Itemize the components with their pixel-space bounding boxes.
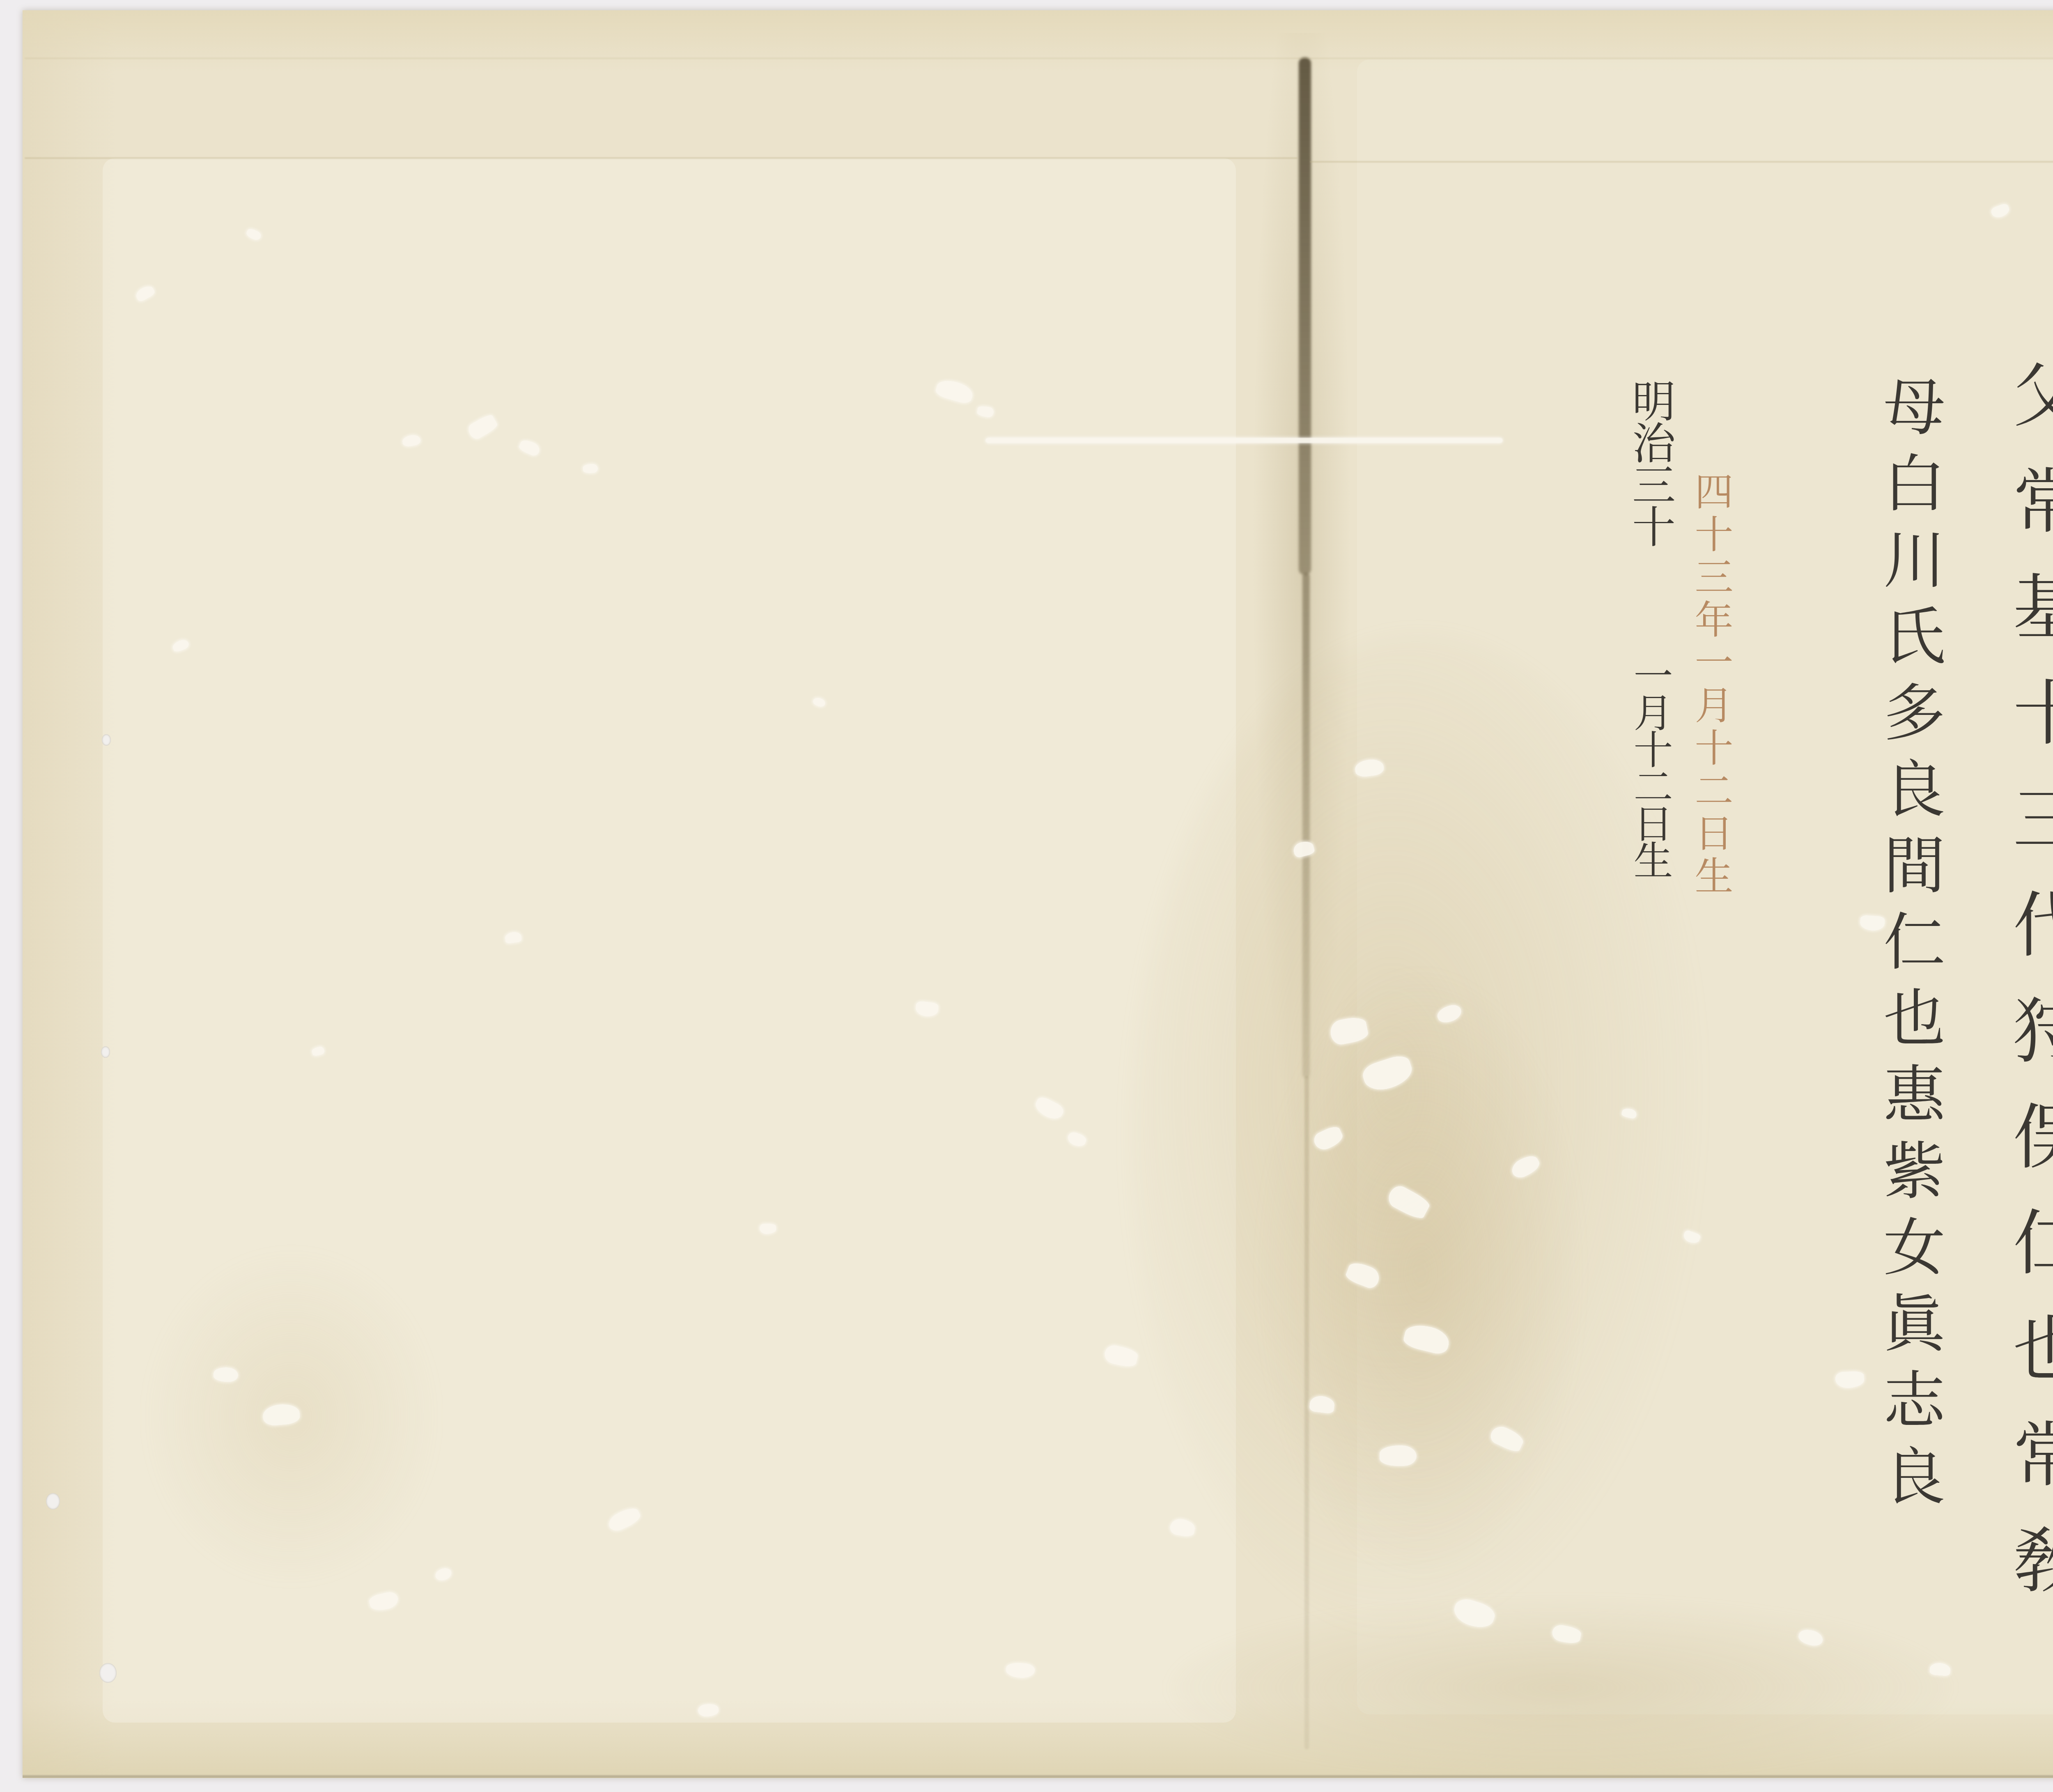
mother-lineage-column: 母白川氏多良間仁也惠紫女眞志良: [1878, 374, 1940, 1520]
left-page-surface: [103, 158, 1236, 1723]
horizontal-crease: [25, 57, 2053, 59]
binding-hole: [102, 734, 111, 746]
horizontal-crease: [1310, 161, 2053, 163]
birthdate-column-black: 明治三十: [1628, 379, 1672, 546]
scanned-register-page: { "doc": { "kind": "handwritten family-r…: [0, 0, 2053, 1792]
birthdate-column-black: 一月十二日生: [1630, 655, 1670, 877]
paper-damage-spot: [213, 1367, 238, 1382]
binding-hole: [101, 1046, 110, 1058]
horizontal-crease: [25, 157, 1297, 159]
father-lineage-column: 父常基十三代狩俣仁也常敎: [2007, 358, 2053, 1629]
paper-sheet: [23, 10, 2053, 1778]
binding-hole: [46, 1493, 60, 1509]
birthdate-red-correction: 四十三年一月十二日生: [1691, 471, 1729, 898]
binding-hole: [99, 1663, 117, 1683]
paper-damage-spot: [1380, 1445, 1417, 1466]
paper-damage-spot: [583, 464, 598, 473]
